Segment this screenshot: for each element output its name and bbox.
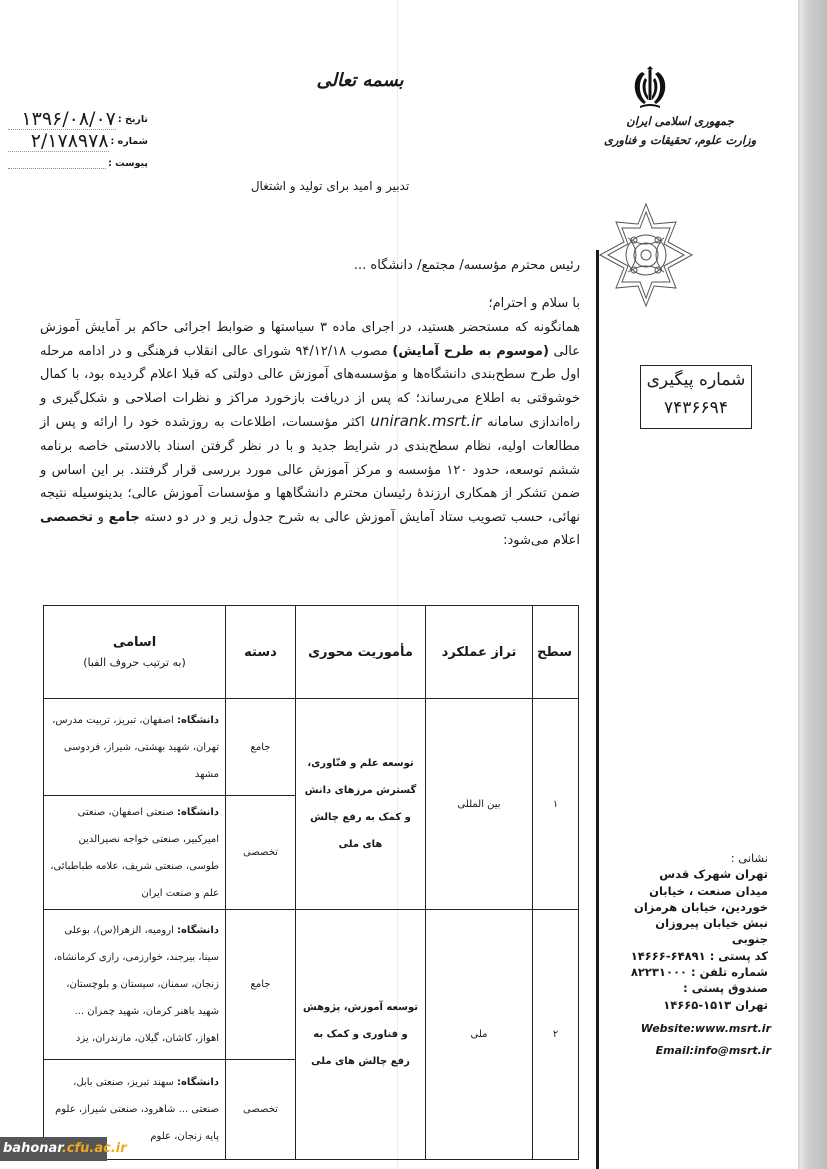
header-names-note: (به ترتیب حروف الفبا) — [50, 656, 219, 669]
postal-code-line: کد پستی : ۶۴۸۹۱-۱۴۶۶۶ — [628, 948, 768, 964]
body-text: اکثر مؤسسات، اطلاعات به روزشده خود را ار… — [40, 415, 580, 524]
names-prefix: دانشگاه: — [177, 807, 219, 818]
body-text: اعلام می‌شود: — [503, 533, 580, 548]
contact-block: Website:www.msrt.ir Email:info@msrt.ir — [626, 1018, 771, 1062]
tracking-value: ۷۴۳۶۶۹۴ — [641, 394, 751, 422]
header-performance: تراز عملکرد — [426, 606, 533, 699]
header-names: اسامی (به ترتیب حروف الفبا) — [44, 606, 226, 699]
site-watermark: bahonar.cfu.ac.ir — [0, 1137, 107, 1161]
website-link[interactable]: Website:www.msrt.ir — [626, 1018, 771, 1040]
letter-body: همانگونه که مستحضر هستید، در اجرای ماده … — [40, 316, 580, 553]
email-link[interactable]: Email:info@msrt.ir — [626, 1040, 771, 1062]
names-cell: دانشگاه: صنعتی اصفهان، صنعتی امیرکبیر، ص… — [44, 796, 226, 910]
date-label: تاریخ : — [118, 114, 148, 125]
phone-line: شماره تلفن : ۸۲۲۳۱۰۰۰ — [628, 964, 768, 980]
address-line: خوردین، خیابان هرمزان — [628, 899, 768, 915]
mission-cell: توسعه آموزش، پژوهش و فناوری و کمک به رفع… — [296, 910, 426, 1160]
number-value: ۲/۱۷۸۹۷۸ — [8, 131, 109, 152]
watermark-part-2: .cfu.ac.ir — [62, 1141, 127, 1156]
attachment-row: پیوست : — [8, 152, 148, 174]
bismillah-heading: بسمه تعالی — [300, 70, 420, 91]
category-cell: جامع — [226, 699, 296, 796]
unirank-url: unirank.msrt.ir — [370, 412, 481, 430]
names-prefix: دانشگاه: — [177, 1077, 219, 1088]
header-category: دسته — [226, 606, 296, 699]
letter-meta: تاریخ : ۱۳۹۶/۰۸/۰۷ شماره : ۲/۱۷۸۹۷۸ پیوس… — [8, 108, 148, 174]
names-list: ارومیه، الزهرا(س)، بوعلی سینا، بیرجند، خ… — [54, 925, 219, 1044]
tracking-number-box: شماره پیگیری ۷۴۳۶۶۹۴ — [640, 365, 752, 429]
category-cell: تخصصی — [226, 1060, 296, 1160]
address-block: نشانی : تهران شهرک قدس میدان صنعت ، خیاب… — [628, 850, 768, 1013]
table-row: ۲ ملی توسعه آموزش، پژوهش و فناوری و کمک … — [44, 910, 579, 1060]
names-prefix: دانشگاه: — [177, 715, 219, 726]
po-box-label: صندوق پستی : — [628, 980, 768, 996]
level-cell: ۲ — [533, 910, 579, 1160]
recipient-line: رئیس محترم مؤسسه/ مجتمع/ دانشگاه ... — [40, 258, 580, 273]
po-box-line: تهران ۱۵۱۳-۱۴۶۶۵ — [628, 997, 768, 1013]
date-row: تاریخ : ۱۳۹۶/۰۸/۰۷ — [8, 108, 148, 130]
number-label: شماره : — [111, 136, 148, 147]
names-cell: دانشگاه: اصفهان، تبریز، تربیت مدرس، تهرا… — [44, 699, 226, 796]
margin-rule — [596, 250, 599, 1169]
slogan: تدبیر و امید برای تولید و اشتغال — [230, 179, 430, 193]
category-cell: جامع — [226, 910, 296, 1060]
attachment-value — [8, 158, 106, 169]
scan-shadow — [800, 0, 827, 1169]
date-value: ۱۳۹۶/۰۸/۰۷ — [8, 109, 116, 130]
watermark-part-1: bahonar — [3, 1141, 62, 1156]
names-prefix: دانشگاه: — [177, 925, 219, 936]
level-cell: ۱ — [533, 699, 579, 910]
table-row: ۱ بین المللی توسعه علم و فنّاوری، گسترش … — [44, 699, 579, 796]
iran-emblem-icon — [628, 62, 672, 110]
university-levels-table: سطح تراز عملکرد مأموریت محوری دسته اسامی… — [43, 605, 579, 1160]
ministry-name: جمهوری اسلامی ایران وزارت علوم، تحقیقات … — [600, 112, 760, 150]
address-line: تهران شهرک قدس — [628, 866, 768, 882]
greeting-line: با سلام و احترام؛ — [40, 296, 580, 311]
number-row: شماره : ۲/۱۷۸۹۷۸ — [8, 130, 148, 152]
org-line-2: وزارت علوم، تحقیقات و فناوری — [600, 131, 760, 150]
performance-cell: بین المللی — [426, 699, 533, 910]
body-bold-text: (موسوم به طرح آمایش) — [392, 344, 549, 359]
org-line-1: جمهوری اسلامی ایران — [600, 112, 760, 131]
body-bold-text: جامع — [109, 510, 140, 525]
body-text: و — [93, 510, 109, 525]
names-list: صنعتی اصفهان، صنعتی امیرکبیر، صنعتی خواج… — [50, 807, 219, 899]
tracking-label: شماره پیگیری — [641, 366, 751, 394]
attachment-label: پیوست : — [108, 158, 148, 169]
islamic-star-ornament-icon — [598, 200, 694, 310]
header-names-title: اسامی — [113, 635, 156, 650]
table-header-row: سطح تراز عملکرد مأموریت محوری دسته اسامی… — [44, 606, 579, 699]
address-line: میدان صنعت ، خیابان — [628, 883, 768, 899]
body-bold-text: تخصصی — [40, 510, 93, 525]
header-mission: مأموریت محوری — [296, 606, 426, 699]
category-cell: تخصصی — [226, 796, 296, 910]
header-level: سطح — [533, 606, 579, 699]
names-cell: دانشگاه: ارومیه، الزهرا(س)، بوعلی سینا، … — [44, 910, 226, 1060]
mission-cell: توسعه علم و فنّاوری، گسترش مرزهای دانش و… — [296, 699, 426, 910]
performance-cell: ملی — [426, 910, 533, 1160]
address-line: نبش خیابان پیروزان جنوبی — [628, 915, 768, 948]
address-label: نشانی : — [628, 850, 768, 866]
